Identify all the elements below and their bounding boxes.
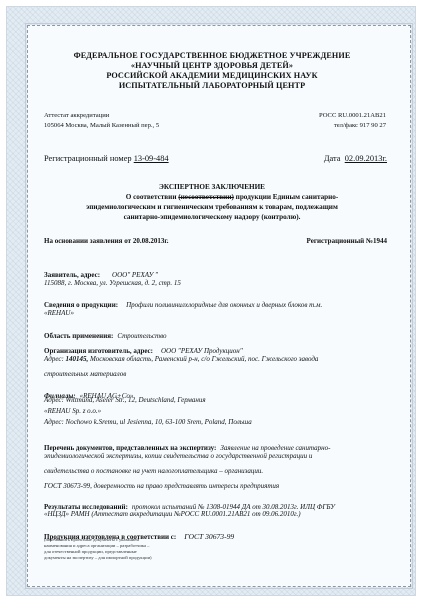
registration-date-value: 02.09.2013г.	[345, 154, 387, 163]
conclusion-title: ЭКСПЕРТНОЕ ЗАКЛЮЧЕНИЕ	[0, 183, 424, 192]
results-line-2: «НЦЗД» РАМН (Аттестат аккредитации №РОСС…	[44, 510, 301, 518]
lab-address: 105064 Москва, Малый Казенный пер., 5	[44, 122, 159, 129]
applicant-name: ООО" РЕХАУ "	[112, 271, 158, 279]
application-basis: На основании заявления от 20.08.2013г.	[44, 237, 168, 245]
manufacturer-postcode: 140145,	[66, 355, 89, 363]
product-field: Сведения о продукции: Профили поливинилх…	[44, 294, 392, 312]
documents-line-3: свидетельства о постановке на учет налог…	[44, 467, 263, 475]
conclusion-line-1a: О соответствии	[126, 193, 177, 201]
branch-2-address: Адрес: Nochowo k.Sremu, ul Jesienna, 10,…	[44, 418, 252, 426]
header-line-4: ИСПЫТАТЕЛЬНЫЙ ЛАБОРАТОРНЫЙ ЦЕНТР	[0, 81, 424, 90]
branch-2-name: «REHAU Sp. z o.o.»	[44, 407, 101, 415]
header-line-1: ФЕДЕРАЛЬНОЕ ГОСУДАРСТВЕННОЕ БЮДЖЕТНОЕ УЧ…	[0, 51, 424, 60]
compliance-value: ГОСТ 30673-99	[184, 532, 234, 541]
manufacturer-address: Адрес: 140145, Московская область, Рамен…	[44, 355, 318, 363]
registration-number-value: 13-09-484	[134, 154, 169, 163]
conclusion-line-3: санитарно-эпидемиологическому надзору (к…	[0, 213, 424, 222]
conclusion-line-1b: продукции Единым санитарно-	[236, 193, 339, 201]
registration-date-label: Дата	[324, 154, 341, 163]
scope-value: Строительство	[117, 332, 166, 340]
conclusion-line-2: эпидемиологическим и гигиеническим требо…	[0, 203, 424, 212]
applicant-label: Заявитель, адрес:	[44, 271, 100, 279]
header-line-3: РОССИЙСКОЙ АКАДЕМИИ МЕДИЦИНСКИХ НАУК	[0, 71, 424, 80]
manufacturer-name: ООО "РЕХАУ Продукцион"	[161, 347, 243, 355]
documents-label: Перечень документов, представленных на э…	[44, 444, 216, 452]
manufacturer-label: Организация изготовитель, адрес:	[44, 347, 153, 355]
accreditation-label: Аттестат аккредитации	[44, 112, 109, 119]
scope-label: Область применения:	[44, 332, 113, 340]
product-brand: «REHAU»	[44, 309, 74, 317]
application-reg-number: Регистрационный №1944	[307, 237, 387, 245]
documents-line-2: эпидемиологической экспертизы, копии сви…	[44, 452, 312, 460]
documents-line-4: ГОСТ 30673-99, доверенность на право пре…	[44, 482, 279, 490]
applicant-address: 115088, г. Москва, ул. Угрешская, д. 2, …	[44, 279, 181, 287]
conclusion-strikethrough: (несоответствии)	[178, 193, 234, 201]
documents-line-1: Заявление на проведение санитарно-	[220, 444, 330, 452]
accreditation-number: РОСС RU.0001.21АВ21	[319, 112, 386, 119]
compliance-note-4: документы на экспертизу – для импортной …	[44, 555, 152, 561]
registration-number-field: Регистрационный номер 13-09-484	[44, 154, 169, 163]
branch-1-address: Адрес: Wittmund, Aseler Str., 12, Deutsc…	[44, 396, 206, 404]
header-line-2: «НАУЧНЫЙ ЦЕНТР ЗДОРОВЬЯ ДЕТЕЙ»	[0, 61, 424, 70]
product-label: Сведения о продукции:	[44, 301, 118, 309]
manufacturer-address-text: Московская область, Раменский р-н, с/о Г…	[90, 355, 318, 363]
manufacturer-address-label: Адрес:	[44, 355, 64, 363]
lab-phone: тел/факс 917 90 27	[334, 122, 386, 129]
conclusion-line-1: О соответствии (несоответствии) продукци…	[20, 193, 424, 202]
product-value: Профили поливинилхлоридные для оконных и…	[126, 301, 322, 309]
registration-date-field: Дата 02.09.2013г.	[324, 154, 387, 163]
registration-number-label: Регистрационный номер	[44, 154, 132, 163]
manufacturer-address-cont: строительных материалов	[44, 370, 126, 378]
